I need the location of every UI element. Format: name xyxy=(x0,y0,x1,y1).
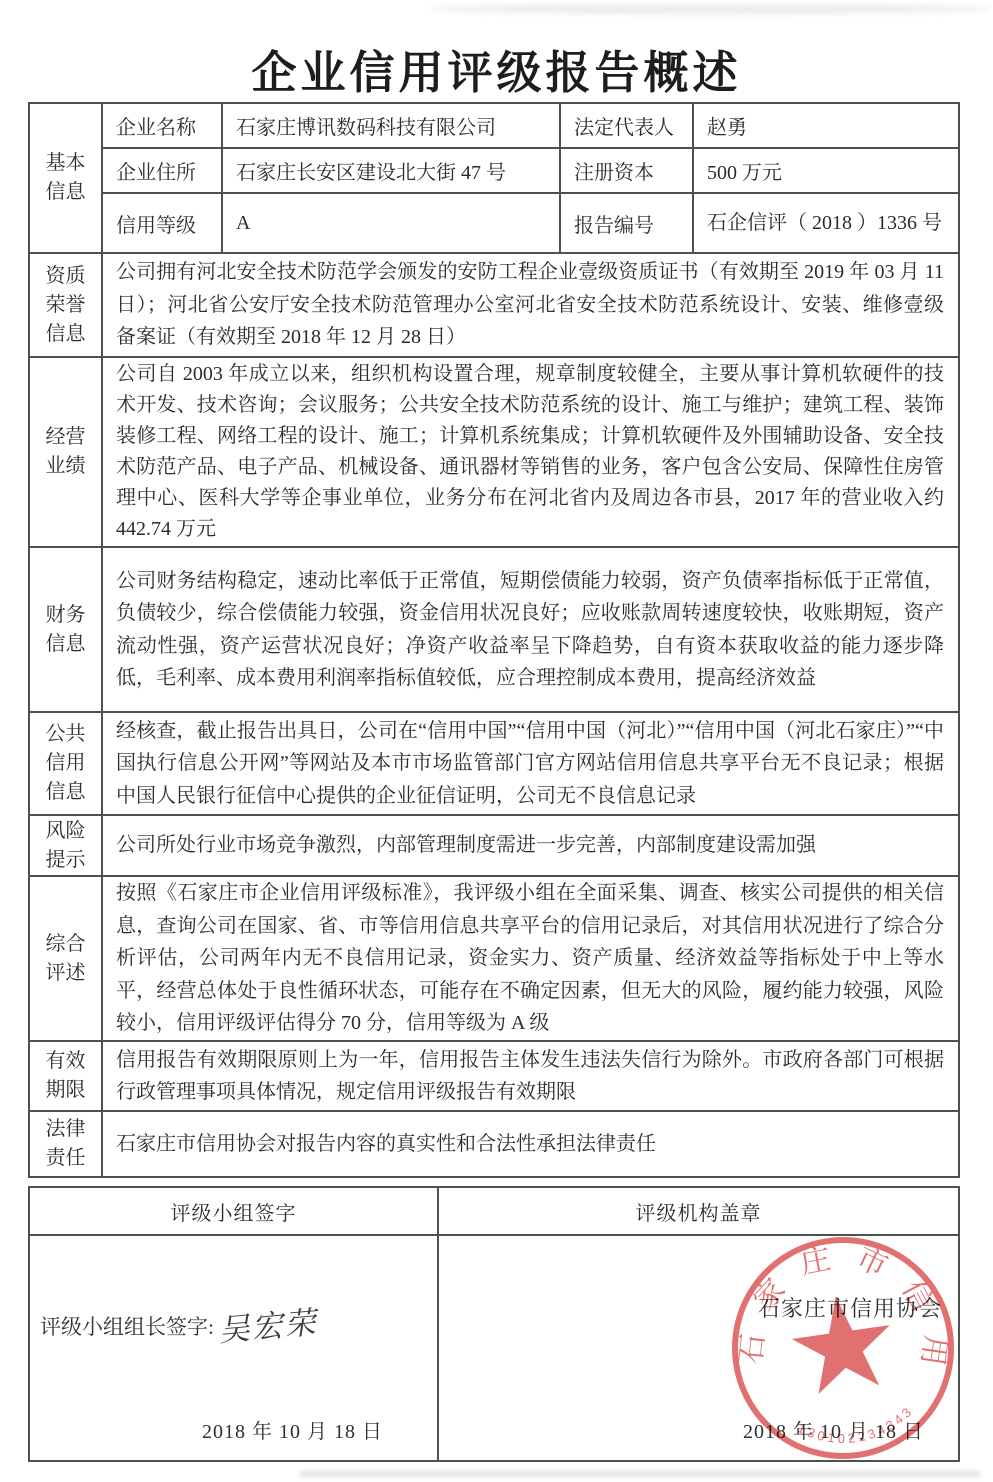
section-label-text: 经营业绩 xyxy=(42,423,89,481)
section-row-financial-info: 财务信息 公司财务结构稳定，速动比率低于正常值，短期偿债能力较弱，资产负债率指标… xyxy=(30,548,960,713)
credit-rating-label: 信用等级 xyxy=(103,194,223,254)
basic-info-section-label-text: 基本信息 xyxy=(42,149,89,207)
legal-representative-value: 赵勇 xyxy=(694,104,960,149)
report-number-label: 报告编号 xyxy=(561,194,694,254)
section-row-qualifications: 资质荣誉信息 公司拥有河北安全技术防范学会颁发的安防工程企业壹级资质证书（有效期… xyxy=(30,254,960,358)
company-name-value: 石家庄博讯数码科技有限公司 xyxy=(223,104,561,149)
section-row-comprehensive-review: 综合评述 按照《石家庄市企业信用评级标准》，我评级小组在全面采集、调查、核实公司… xyxy=(30,877,960,1042)
signature-header-row: 评级小组签字 评级机构盖章 xyxy=(30,1188,960,1236)
section-label-text: 财务信息 xyxy=(42,601,89,659)
section-text: 公司拥有河北安全技术防范学会颁发的安防工程企业壹级资质证书（有效期至 2019 … xyxy=(103,254,960,358)
section-label: 法律责任 xyxy=(30,1112,103,1178)
section-label: 风险提示 xyxy=(30,816,103,877)
summary-table: 基本信息 企业名称 石家庄博讯数码科技有限公司 法定代表人 赵勇 企业住所 石家… xyxy=(28,102,960,1178)
registered-capital-value: 500 万元 xyxy=(694,149,960,194)
section-label: 有效期限 xyxy=(30,1042,103,1112)
section-row-business-performance: 经营业绩 公司自 2003 年成立以来，组织机构设置合理，规章制度较健全，主要从… xyxy=(30,358,960,548)
leader-signature-label: 评级小组组长签字: xyxy=(40,1315,214,1339)
section-text-content: 石家庄市信用协会对报告内容的真实性和合法性承担法律责任 xyxy=(116,1128,944,1161)
team-signature-date: 2018 年 10 月 18 日 xyxy=(202,1415,383,1444)
legal-representative-label: 法定代表人 xyxy=(561,104,694,149)
credit-rating-value: A xyxy=(223,194,561,254)
section-row-validity-period: 有效期限 信用报告有效期限原则上为一年，信用报告主体发生违法失信行为除外。市政府… xyxy=(30,1042,960,1112)
section-text-content: 公司自 2003 年成立以来，组织机构设置合理，规章制度较健全，主要从事计算机软… xyxy=(116,359,944,545)
report-number-value: 石企信评（ 2018 ）1336 号 xyxy=(694,194,960,254)
basic-row-1: 企业名称 石家庄博讯数码科技有限公司 法定代表人 赵勇 xyxy=(103,104,960,149)
team-signature-cell: 评级小组组长签字:吴宏荣 2018 年 10 月 18 日 xyxy=(30,1236,439,1462)
section-text-content: 经核查，截止报告出具日，公司在“信用中国”“信用中国（河北）”“信用中国（河北石… xyxy=(116,715,944,813)
basic-info-rows: 企业名称 石家庄博讯数码科技有限公司 法定代表人 赵勇 企业住所 石家庄长安区建… xyxy=(103,104,960,254)
section-label-text: 风险提示 xyxy=(42,817,89,875)
agency-seal-cell: 石家庄市信用协会 2018 年 10 月 18 日 石家庄市信用协会 13010… xyxy=(439,1236,960,1462)
signature-body-row: 评级小组组长签字:吴宏荣 2018 年 10 月 18 日 石家庄市信用协会 2… xyxy=(30,1236,960,1462)
section-text-content: 公司拥有河北安全技术防范学会颁发的安防工程企业壹级资质证书（有效期至 2019 … xyxy=(116,256,944,354)
section-row-risk-warning: 风险提示 公司所处行业市场竞争激烈，内部管理制度需进一步完善，内部制度建设需加强 xyxy=(30,816,960,877)
company-address-value: 石家庄长安区建设北大街 47 号 xyxy=(223,149,561,194)
section-text: 公司财务结构稳定，速动比率低于正常值，短期偿债能力较弱，资产负债率指标低于正常值… xyxy=(103,548,960,713)
section-label-text: 资质荣誉信息 xyxy=(42,262,89,349)
section-row-public-credit: 公共信用信息 经核查，截止报告出具日，公司在“信用中国”“信用中国（河北）”“信… xyxy=(30,713,960,816)
section-label-text: 综合评述 xyxy=(42,930,89,988)
section-label-text: 法律责任 xyxy=(42,1115,89,1173)
section-text-content: 公司财务结构稳定，速动比率低于正常值，短期偿债能力较弱，资产负债率指标低于正常值… xyxy=(116,565,944,695)
company-name-label: 企业名称 xyxy=(103,104,223,149)
section-label: 资质荣誉信息 xyxy=(30,254,103,358)
section-label-text: 有效期限 xyxy=(42,1047,89,1105)
signature-table: 评级小组签字 评级机构盖章 评级小组组长签字:吴宏荣 2018 年 10 月 1… xyxy=(28,1186,960,1462)
company-address-label: 企业住所 xyxy=(103,149,223,194)
section-text: 按照《石家庄市企业信用评级标准》，我评级小组在全面采集、调查、核实公司提供的相关… xyxy=(103,877,960,1042)
section-text: 经核查，截止报告出具日，公司在“信用中国”“信用中国（河北）”“信用中国（河北石… xyxy=(103,713,960,816)
section-label: 经营业绩 xyxy=(30,358,103,548)
section-label: 综合评述 xyxy=(30,877,103,1042)
section-text: 信用报告有效期限原则上为一年，信用报告主体发生违法失信行为除外。市政府各部门可根… xyxy=(103,1042,960,1112)
scan-artifact-top xyxy=(430,4,990,14)
document-page: 企业信用评级报告概述 基本信息 企业名称 石家庄博讯数码科技有限公司 法定代表人… xyxy=(0,0,993,1482)
section-text: 公司所处行业市场竞争激烈，内部管理制度需进一步完善，内部制度建设需加强 xyxy=(103,816,960,877)
page-title: 企业信用评级报告概述 xyxy=(0,36,993,101)
section-text: 石家庄市信用协会对报告内容的真实性和合法性承担法律责任 xyxy=(103,1112,960,1178)
section-label: 财务信息 xyxy=(30,548,103,713)
basic-info-rowgroup: 基本信息 企业名称 石家庄博讯数码科技有限公司 法定代表人 赵勇 企业住所 石家… xyxy=(30,104,960,254)
section-label: 公共信用信息 xyxy=(30,713,103,816)
leader-signature-line: 评级小组组长签字:吴宏荣 xyxy=(40,1298,317,1343)
registered-capital-label: 注册资本 xyxy=(561,149,694,194)
basic-info-section-label: 基本信息 xyxy=(30,104,103,254)
section-text-content: 信用报告有效期限原则上为一年，信用报告主体发生违法失信行为除外。市政府各部门可根… xyxy=(116,1044,944,1109)
basic-row-3: 信用等级 A 报告编号 石企信评（ 2018 ）1336 号 xyxy=(103,194,960,254)
basic-row-2: 企业住所 石家庄长安区建设北大街 47 号 注册资本 500 万元 xyxy=(103,149,960,194)
section-row-legal-liability: 法律责任 石家庄市信用协会对报告内容的真实性和合法性承担法律责任 xyxy=(30,1112,960,1178)
seal-star xyxy=(787,1290,898,1397)
leader-signature-handwriting: 吴宏荣 xyxy=(216,1297,319,1350)
team-signature-header: 评级小组签字 xyxy=(30,1188,439,1236)
section-text-content: 按照《石家庄市企业信用评级标准》，我评级小组在全面采集、调查、核实公司提供的相关… xyxy=(116,877,944,1040)
official-seal: 石家庄市信用协会 1301022343430 xyxy=(707,1212,978,1482)
section-label-text: 公共信用信息 xyxy=(42,720,89,807)
scan-artifact-bottom xyxy=(300,1471,980,1477)
section-text-content: 公司所处行业市场竞争激烈，内部管理制度需进一步完善，内部制度建设需加强 xyxy=(116,829,944,862)
section-text: 公司自 2003 年成立以来，组织机构设置合理，规章制度较健全，主要从事计算机软… xyxy=(103,358,960,548)
